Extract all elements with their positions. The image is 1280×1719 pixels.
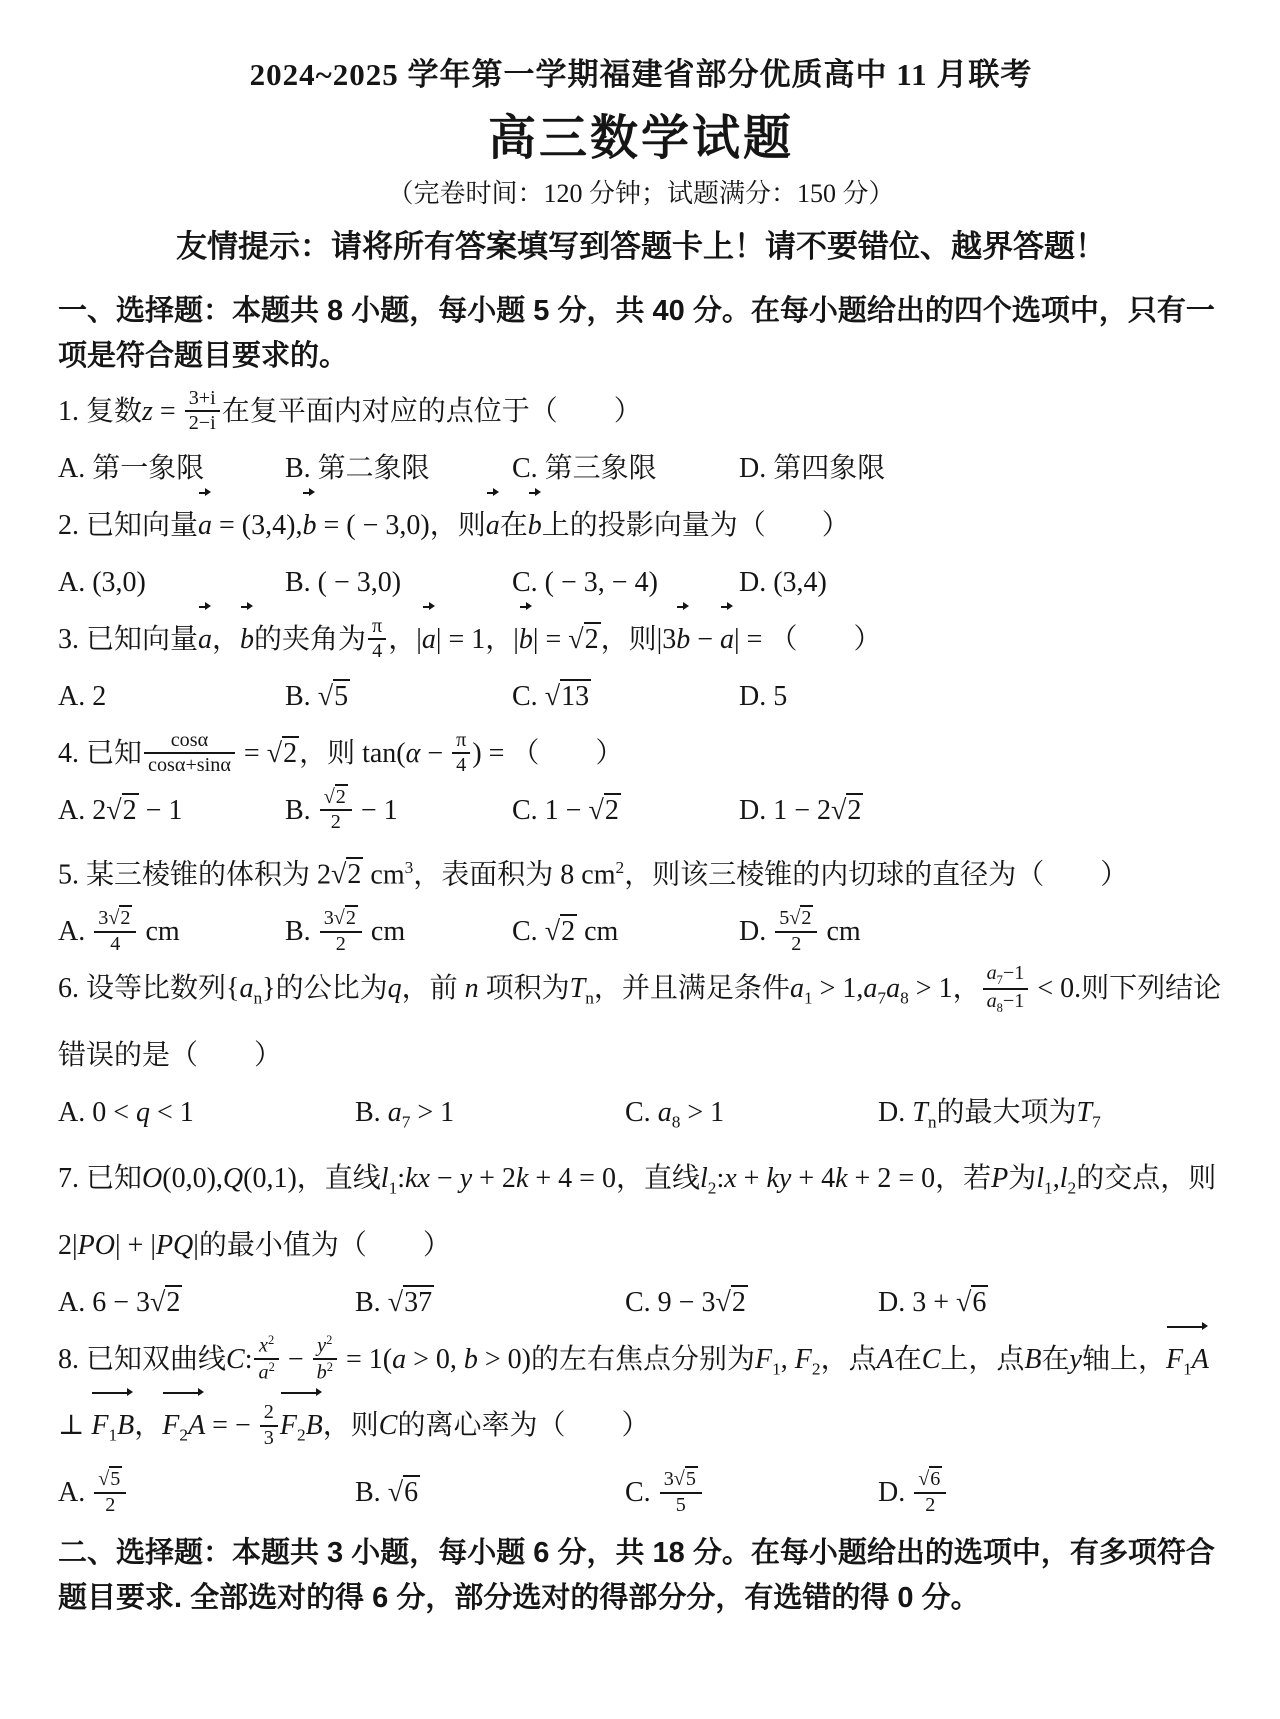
radical: 2 xyxy=(331,857,363,890)
option-a: A. 第一象限 xyxy=(58,440,285,497)
question-block-5: 5. 某三棱锥的体积为 22 cm3，表面积为 8 cm2，则该三棱锥的内切球的… xyxy=(58,839,1224,960)
option-c: C. ( − 3, − 4) xyxy=(512,554,739,611)
option-b: B. 5 xyxy=(285,668,512,725)
option-b: B. 37 xyxy=(355,1274,625,1331)
vector-arrow: F2A xyxy=(162,1397,205,1464)
option-c: C. 13 xyxy=(512,668,739,725)
radical: 2 xyxy=(568,622,600,655)
fraction: a7−1a8−1 xyxy=(983,962,1029,1016)
option-c: C. 2 cm xyxy=(512,903,739,960)
fraction: 324 xyxy=(94,907,136,957)
option-a: A. 22 − 1 xyxy=(58,782,285,839)
radical: 2 xyxy=(150,1285,182,1318)
fraction: cosαcosα+sinα xyxy=(144,729,235,779)
section-1-heading: 一、选择题：本题共 8 小题，每小题 5 分，共 40 分。在每小题给出的四个选… xyxy=(58,289,1224,379)
question-block-6: 6. 设等比数列{an}的公比为q，前 n 项积为Tn，并且满足条件a1 > 1… xyxy=(58,960,1224,1150)
option-d: D. (3,4) xyxy=(739,554,1224,611)
question-stem: 2. 已知向量a = (3,4),b = ( − 3,0)，则a在b上的投影向量… xyxy=(58,497,1224,554)
exam-title: 高三数学试题 xyxy=(58,109,1224,169)
radical: 2 xyxy=(715,1285,747,1318)
radical: 2 xyxy=(108,905,132,929)
question-stem: 6. 设等比数列{an}的公比为q，前 n 项积为Tn，并且满足条件a1 > 1… xyxy=(58,960,1224,1084)
fraction: 322 xyxy=(320,907,362,957)
fraction: 355 xyxy=(660,1468,702,1518)
option-c: C. 9 − 32 xyxy=(625,1274,878,1331)
radical: 2 xyxy=(545,914,577,947)
section-2-heading: 二、选择题：本题共 3 小题，每小题 6 分，共 18 分。在每小题给出的选项中… xyxy=(58,1531,1224,1621)
radical: 5 xyxy=(674,1466,698,1490)
vector-arrow: b xyxy=(302,497,316,554)
option-d: D. 5 xyxy=(739,668,1224,725)
fraction: π4 xyxy=(368,615,386,665)
question-stem: 4. 已知cosαcosα+sinα = 2，则 tan(α − π4) = （… xyxy=(58,725,1224,782)
options-row: A. 22 − 1B. 22 − 1C. 1 − 2D. 1 − 22 xyxy=(58,782,1224,839)
radical: 13 xyxy=(545,679,591,712)
vector-arrow: a xyxy=(422,611,436,668)
option-d: D. Tn的最大项为T7 xyxy=(878,1084,1224,1151)
vector-arrow: a xyxy=(486,497,500,554)
option-a: A. 0 < q < 1 xyxy=(58,1084,355,1141)
option-a: A. 2 xyxy=(58,668,285,725)
vector-arrow: a xyxy=(720,611,734,668)
exam-meta: （完卷时间：120 分钟；试题满分：150 分） xyxy=(58,177,1224,211)
question-block-4: 4. 已知cosαcosα+sinα = 2，则 tan(α − π4) = （… xyxy=(58,725,1224,839)
vector-arrow: b xyxy=(676,611,690,668)
option-b: B. 6 xyxy=(355,1464,625,1521)
fraction: 62 xyxy=(914,1468,946,1518)
fraction: y2b2 xyxy=(313,1333,337,1386)
option-d: D. 第四象限 xyxy=(739,440,1224,497)
option-c: C. a8 > 1 xyxy=(625,1084,878,1151)
options-row: A. 52B. 6C. 355D. 62 xyxy=(58,1464,1224,1521)
radical: 37 xyxy=(388,1285,434,1318)
question-stem: 1. 复数z = 3+i2−i在复平面内对应的点位于（ ） xyxy=(58,383,1224,440)
question-list: 1. 复数z = 3+i2−i在复平面内对应的点位于（ ）A. 第一象限B. 第… xyxy=(58,383,1224,1521)
vector-arrow: F1A xyxy=(1166,1331,1209,1398)
options-row: A. 2B. 5C. 13D. 5 xyxy=(58,668,1224,725)
option-b: B. a7 > 1 xyxy=(355,1084,625,1151)
radical: 5 xyxy=(318,679,350,712)
option-d: D. 1 − 22 xyxy=(739,782,1224,839)
options-row: A. 6 − 32B. 37C. 9 − 32D. 3 + 6 xyxy=(58,1274,1224,1331)
options-row: A. (3,0)B. ( − 3,0)C. ( − 3, − 4)D. (3,4… xyxy=(58,554,1224,611)
exam-subtitle: 2024~2025 学年第一学期福建省部分优质高中 11 月联考 xyxy=(58,56,1224,95)
radical: 5 xyxy=(98,1466,122,1490)
option-c: C. 第三象限 xyxy=(512,440,739,497)
vector-arrow: a xyxy=(198,611,212,668)
radical: 2 xyxy=(324,784,348,808)
vector-arrow: b xyxy=(519,611,533,668)
question-stem: 8. 已知双曲线C:x2a2 − y2b2 = 1(a > 0, b > 0)的… xyxy=(58,1331,1224,1464)
fraction: x2a2 xyxy=(254,1333,278,1386)
question-block-2: 2. 已知向量a = (3,4),b = ( − 3,0)，则a在b上的投影向量… xyxy=(58,497,1224,611)
radical: 6 xyxy=(388,1475,420,1508)
question-block-3: 3. 已知向量a，b的夹角为π4，|a| = 1，|b| = 2，则|3b − … xyxy=(58,611,1224,725)
vector-arrow: F2B xyxy=(280,1397,323,1464)
radical: 2 xyxy=(831,793,863,826)
question-stem: 5. 某三棱锥的体积为 22 cm3，表面积为 8 cm2，则该三棱锥的内切球的… xyxy=(58,839,1224,903)
radical: 2 xyxy=(106,793,138,826)
vector-arrow: F1B xyxy=(91,1397,134,1464)
question-stem: 7. 已知O(0,0),Q(0,1)，直线l1:kx − y + 2k + 4 … xyxy=(58,1150,1224,1274)
option-d: D. 62 xyxy=(878,1464,1224,1521)
option-a: A. 52 xyxy=(58,1464,355,1521)
fraction: 522 xyxy=(775,907,817,957)
options-row: A. 324 cmB. 322 cmC. 2 cmD. 522 cm xyxy=(58,903,1224,960)
radical: 2 xyxy=(267,736,299,769)
exam-page: 2024~2025 学年第一学期福建省部分优质高中 11 月联考 高三数学试题 … xyxy=(0,0,1280,1621)
vector-arrow: a xyxy=(198,497,212,554)
option-d: D. 3 + 6 xyxy=(878,1274,1224,1331)
fraction: 23 xyxy=(260,1401,278,1451)
radical: 2 xyxy=(334,905,358,929)
option-c: C. 355 xyxy=(625,1464,878,1521)
radical: 6 xyxy=(956,1285,988,1318)
vector-arrow: b xyxy=(240,611,254,668)
exam-notice: 友情提示：请将所有答案填写到答题卡上！请不要错位、越界答题！ xyxy=(58,227,1224,267)
question-stem: 3. 已知向量a，b的夹角为π4，|a| = 1，|b| = 2，则|3b − … xyxy=(58,611,1224,668)
fraction: 3+i2−i xyxy=(185,387,220,437)
options-row: A. 0 < q < 1B. a7 > 1C. a8 > 1D. Tn的最大项为… xyxy=(58,1084,1224,1151)
options-row: A. 第一象限B. 第二象限C. 第三象限D. 第四象限 xyxy=(58,440,1224,497)
question-block-1: 1. 复数z = 3+i2−i在复平面内对应的点位于（ ）A. 第一象限B. 第… xyxy=(58,383,1224,497)
option-b: B. 322 cm xyxy=(285,903,512,960)
option-c: C. 1 − 2 xyxy=(512,782,739,839)
radical: 2 xyxy=(588,793,620,826)
question-block-7: 7. 已知O(0,0),Q(0,1)，直线l1:kx − y + 2k + 4 … xyxy=(58,1150,1224,1331)
radical: 2 xyxy=(789,905,813,929)
fraction: 52 xyxy=(94,1468,126,1518)
option-b: B. 22 − 1 xyxy=(285,782,512,839)
option-d: D. 522 cm xyxy=(739,903,1224,960)
question-block-8: 8. 已知双曲线C:x2a2 − y2b2 = 1(a > 0, b > 0)的… xyxy=(58,1331,1224,1521)
vector-arrow: b xyxy=(528,497,542,554)
fraction: 22 xyxy=(320,786,352,836)
fraction: π4 xyxy=(452,729,470,779)
option-b: B. ( − 3,0) xyxy=(285,554,512,611)
radical: 6 xyxy=(918,1466,942,1490)
option-a: A. 324 cm xyxy=(58,903,285,960)
option-a: A. 6 − 32 xyxy=(58,1274,355,1331)
